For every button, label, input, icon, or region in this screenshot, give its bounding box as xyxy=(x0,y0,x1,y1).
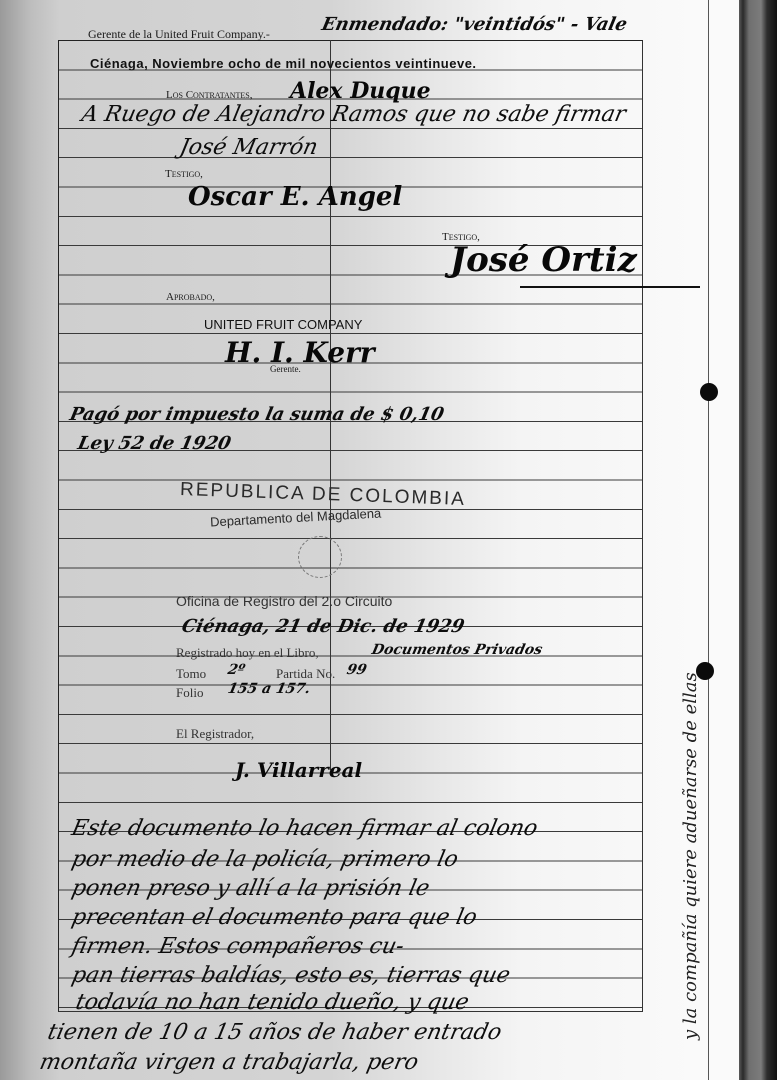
manager-role-label: Gerente. xyxy=(270,364,301,374)
annotation-line-7: todavía no han tenido dueño, y que xyxy=(73,990,471,1015)
registry-place-date: Ciénaga, 21 de Dic. de 1929 xyxy=(180,616,467,637)
annotation-line-9: montaña virgen a trabajarla, pero xyxy=(37,1050,420,1075)
witness-signature-2: José Ortiz xyxy=(450,240,637,280)
annotation-line-3: ponen preso y allí a la prisión le xyxy=(69,876,431,901)
registrar-signature: J. Villarreal xyxy=(235,758,362,782)
annotation-line-6: pan tierras baldías, esto es, tierras qu… xyxy=(69,963,512,988)
contracting-party-signature: Alex Duque xyxy=(290,78,431,104)
folio-label: Folio xyxy=(176,685,203,701)
stamp-seal-circle xyxy=(298,536,342,578)
tomo-value: 2º xyxy=(226,662,246,678)
registry-office: Oficina de Registro del 2.o Circuito xyxy=(176,593,392,609)
annotation-line-4: precentan el documento para que lo xyxy=(69,905,479,930)
partida-label: Partida No. xyxy=(276,666,335,682)
registered-label: Registrado hoy en el Libro, xyxy=(176,645,319,661)
tomo-label: Tomo xyxy=(176,666,206,682)
witness-label-1: Testigo, xyxy=(165,168,203,180)
proxy-name: José Marrón xyxy=(177,135,320,160)
approved-label: Aprobado, xyxy=(166,291,215,303)
registrar-label: El Registrador, xyxy=(176,726,254,742)
punch-hole xyxy=(700,383,718,401)
annotation-line-2: por medio de la policía, primero lo xyxy=(69,847,460,872)
annotation-line-8: tienen de 10 a 15 años de haber entrado xyxy=(45,1020,504,1045)
signature-flourish xyxy=(520,286,700,288)
witness-signature-1: Oscar E. Angel xyxy=(188,182,402,212)
margin-vertical-annotation: y la compañía quiere adueñarse de ellas xyxy=(680,672,701,1040)
proxy-signature-line: A Ruego de Alejandro Ramos que no sabe f… xyxy=(79,102,628,127)
header-printed-line: Gerente de la United Fruit Company.- xyxy=(88,27,270,42)
typed-date-line: Ciénaga, Noviembre ocho de mil novecient… xyxy=(90,56,477,71)
binding-edge xyxy=(739,0,777,1080)
partida-value: 99 xyxy=(345,662,368,678)
stamp-country-text: REPUBLICA DE COLOMBIA xyxy=(180,479,466,511)
tax-payment-note: Pagó por impuesto la suma de $ 0,10 xyxy=(68,404,446,425)
registry-book: Documentos Privados xyxy=(370,642,543,658)
annotation-line-1: Este documento lo hacen firmar al colono xyxy=(69,816,540,841)
annotation-line-5: firmen. Estos compañeros cu- xyxy=(69,934,406,959)
company-name: UNITED FRUIT COMPANY xyxy=(204,317,362,332)
page-margin-line xyxy=(708,0,709,1080)
tax-law-reference: Ley 52 de 1920 xyxy=(76,433,233,454)
folio-value: 155 a 157. xyxy=(226,681,312,697)
contracting-parties-label: Los Contratantes, xyxy=(166,89,252,101)
header-handwritten-addendum: Enmendado: "veintidós" - Vale xyxy=(320,14,629,35)
stamp-department-text: Departamento del Magdalena xyxy=(210,506,382,530)
official-stamp: REPUBLICA DE COLOMBIA Departamento del M… xyxy=(180,478,470,558)
